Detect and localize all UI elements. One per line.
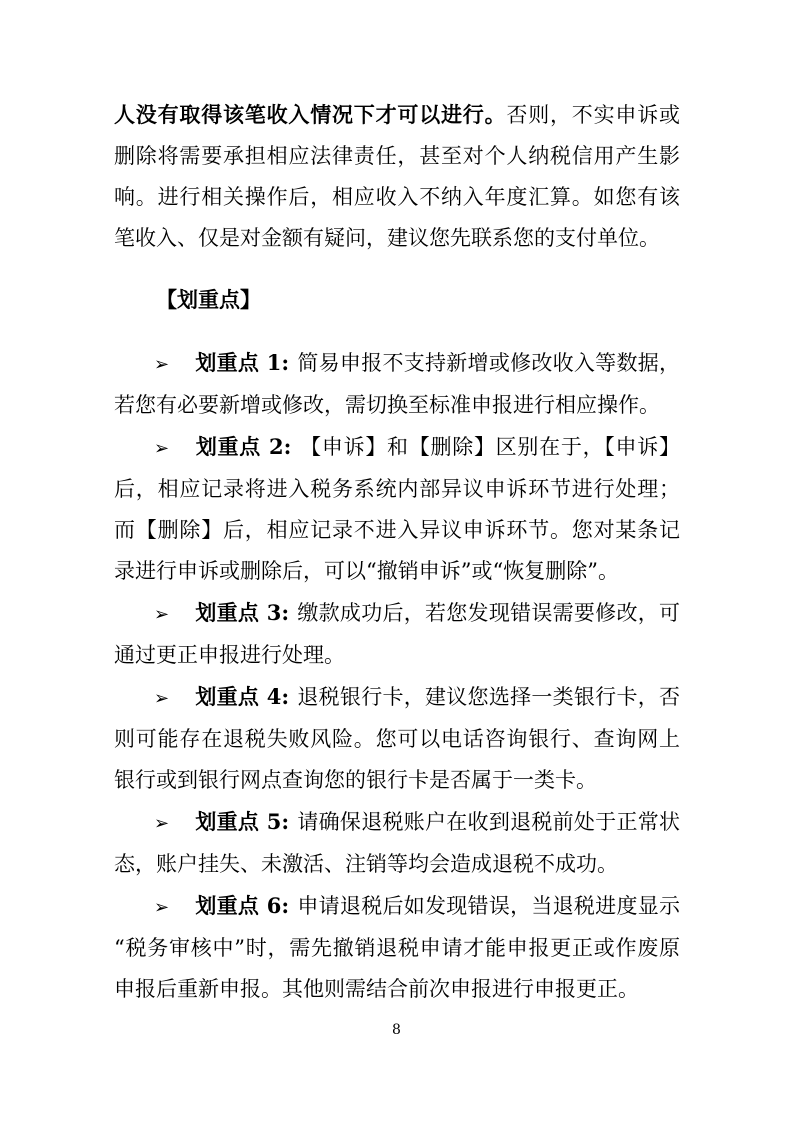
section-heading: 【划重点】	[114, 280, 680, 321]
bullet-label: 划重点 2:	[195, 434, 291, 459]
bullet-item-5: ➢划重点 5:请确保退税账户在收到退税前处于正常状态，账户挂失、未激活、注销等均…	[114, 801, 680, 885]
paragraph-lead-bold: 人没有取得该笔收入情况下才可以进行。	[114, 103, 506, 127]
bullet-label: 划重点 6:	[195, 893, 289, 918]
arrow-bullet-icon: ➢	[154, 344, 169, 385]
arrow-bullet-icon: ➢	[154, 887, 169, 928]
bullet-item-6: ➢划重点 6:申请退税后如发现错误，当退税进度显示“税务审核中”时，需先撤销退税…	[114, 885, 680, 1010]
bullet-item-3: ➢划重点 3:缴款成功后，若您发现错误需要修改，可通过更正申报进行处理。	[114, 592, 680, 676]
arrow-bullet-icon: ➢	[154, 678, 169, 719]
page-content: 人没有取得该笔收入情况下才可以进行。否则，不实申诉或删除将需要承担相应法律责任，…	[114, 95, 680, 1010]
bullet-item-1: ➢划重点 1:简易申报不支持新增或修改收入等数据，若您有必要新增或修改，需切换至…	[114, 342, 680, 426]
bullet-label: 划重点 5:	[195, 809, 289, 834]
page-number: 8	[392, 1022, 401, 1038]
page-footer: 8	[0, 1021, 793, 1039]
arrow-bullet-icon: ➢	[154, 803, 169, 844]
bullet-item-2: ➢划重点 2:【申诉】和【删除】区别在于，【申诉】后，相应记录将进入税务系统内部…	[114, 426, 680, 592]
bullet-item-4: ➢划重点 4:退税银行卡，建议您选择一类银行卡，否则可能存在退税失败风险。您可以…	[114, 676, 680, 801]
document-page: 人没有取得该笔收入情况下才可以进行。否则，不实申诉或删除将需要承担相应法律责任，…	[0, 0, 793, 1122]
paragraph-continuation: 人没有取得该笔收入情况下才可以进行。否则，不实申诉或删除将需要承担相应法律责任，…	[114, 95, 680, 259]
arrow-bullet-icon: ➢	[154, 428, 169, 469]
bullet-label: 划重点 4:	[195, 684, 289, 709]
bullet-label: 划重点 1:	[195, 350, 289, 375]
arrow-bullet-icon: ➢	[154, 594, 169, 635]
bullet-label: 划重点 3:	[195, 600, 289, 625]
